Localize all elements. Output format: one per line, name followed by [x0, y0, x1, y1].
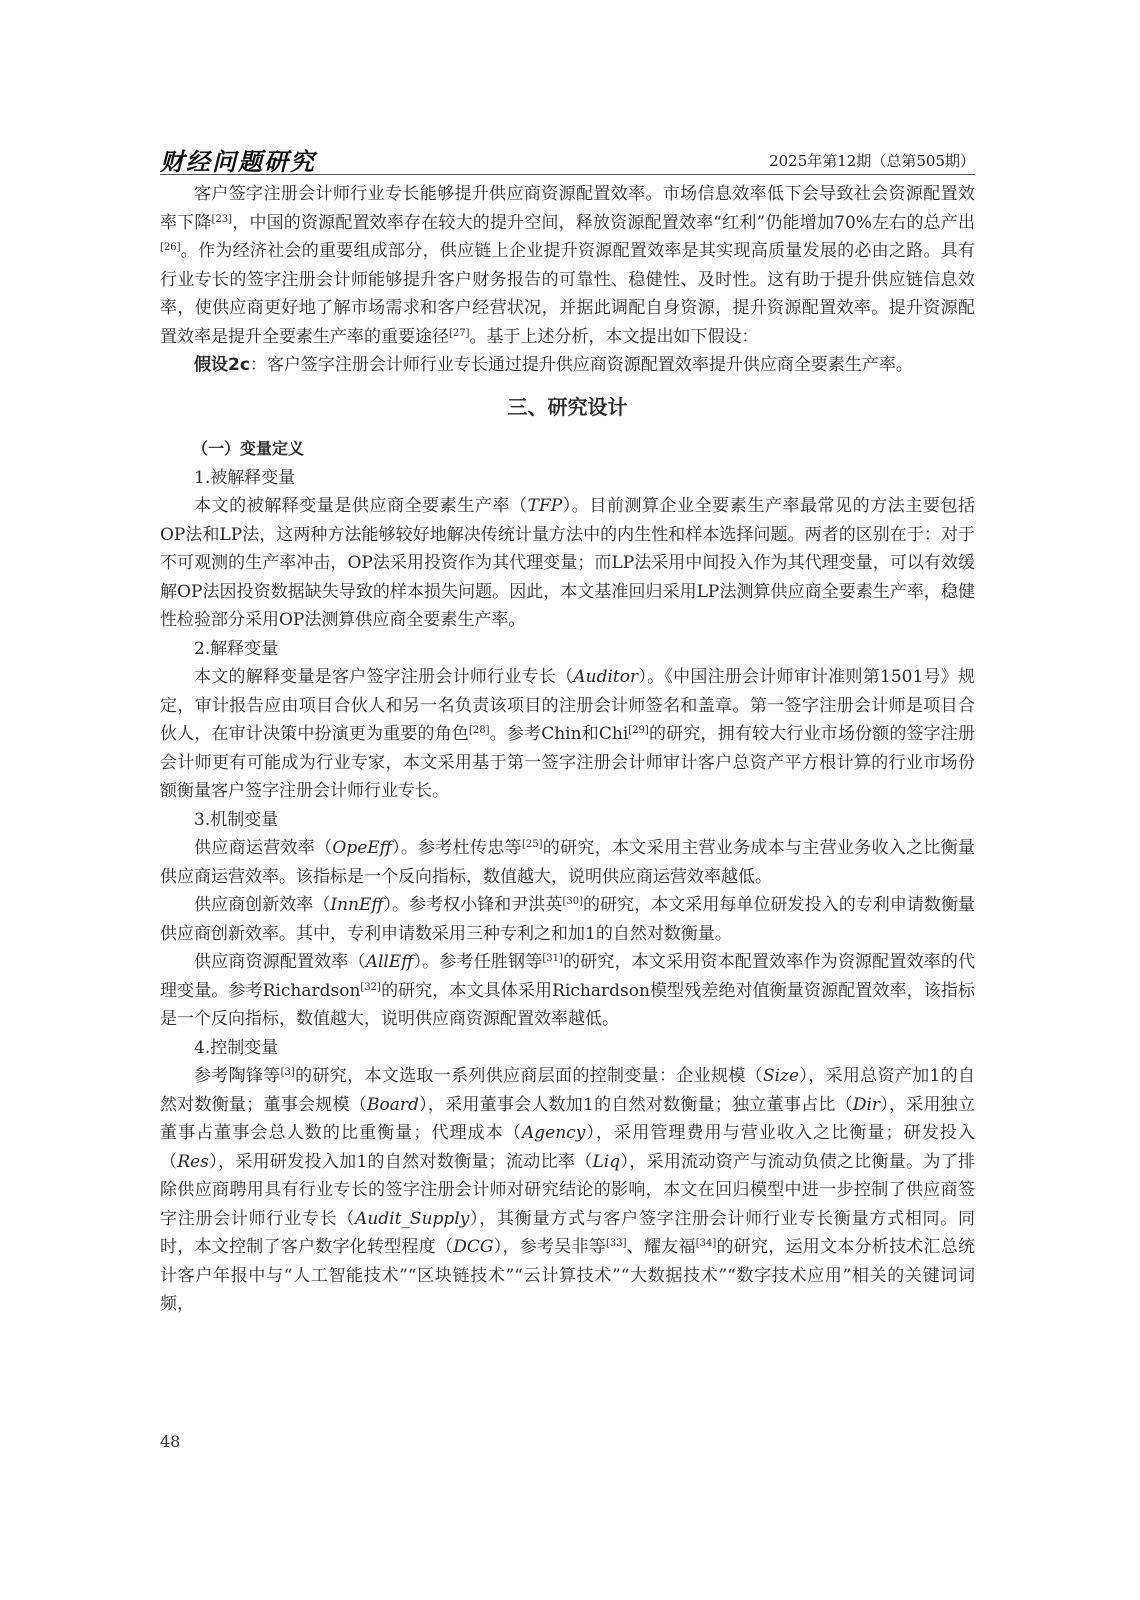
item-heading: 3.机制变量 [160, 806, 975, 835]
citation: [33] [606, 1238, 627, 1249]
hypothesis: 假设2c：客户签字注册会计师行业专长通过提升供应商资源配置效率提升供应商全要素生… [160, 351, 975, 380]
paragraph: 供应商运营效率（OpeEff）。参考杜传忠等[25]的研究，本文采用主营业务成本… [160, 834, 975, 891]
citation: [3] [281, 1067, 295, 1078]
paragraph: 供应商创新效率（InnEff）。参考权小锋和尹洪英[30]的研究，本文采用每单位… [160, 891, 975, 948]
paragraph: 本文的解释变量是客户签字注册会计师行业专长（Auditor）。《中国注册会计师审… [160, 663, 975, 806]
article-body: 客户签字注册会计师行业专长能够提升供应商资源配置效率。市场信息效率低下会导致社会… [160, 180, 975, 1319]
section-title: 三、研究设计 [160, 390, 975, 424]
page-number: 48 [160, 1432, 180, 1451]
citation: [34] [696, 1238, 717, 1249]
paragraph: 参考陶锋等[3]的研究，本文选取一系列供应商层面的控制变量：企业规模（Size）… [160, 1062, 975, 1319]
citation: [26] [160, 242, 181, 253]
subsection-title: （一）变量定义 [160, 434, 975, 464]
journal-logo: 财经问题研究 [160, 142, 316, 177]
issue-info: 2025年第12期（总第505期） [769, 150, 975, 171]
citation: [28] [469, 725, 490, 736]
item-heading: 4.控制变量 [160, 1034, 975, 1063]
hypothesis-label: 假设2c [194, 355, 250, 375]
paragraph: 本文的被解释变量是供应商全要素生产率（TFP）。目前测算企业全要素生产率最常见的… [160, 492, 975, 635]
citation: [30] [562, 896, 583, 907]
citation: [32] [360, 982, 381, 993]
paragraph: 客户签字注册会计师行业专长能够提升供应商资源配置效率。市场信息效率低下会导致社会… [160, 180, 975, 351]
citation: [31] [542, 953, 563, 964]
citation: [25] [522, 839, 543, 850]
citation: [29] [628, 725, 649, 736]
citation: [27] [449, 328, 470, 339]
item-heading: 2.解释变量 [160, 635, 975, 664]
item-heading: 1.被解释变量 [160, 464, 975, 493]
citation: [23] [212, 214, 233, 225]
page-header: 财经问题研究 2025年第12期（总第505期） [160, 140, 975, 175]
paragraph: 供应商资源配置效率（AllEff）。参考任胜钢等[31]的研究，本文采用资本配置… [160, 948, 975, 1034]
